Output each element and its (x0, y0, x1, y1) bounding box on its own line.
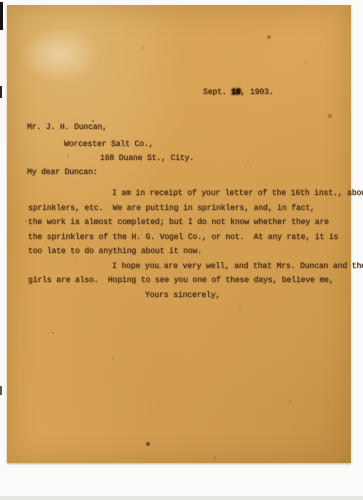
recipient-company: Worcester Salt Co., (64, 140, 153, 149)
recipient-name: Mr. J. H. Duncan, (27, 123, 107, 132)
paper-speckles (7, 5, 9, 7)
body-line: sprinklers, etc. We are putting in sprin… (28, 202, 348, 217)
date-year: , 1903. (241, 88, 274, 97)
letter-closing: Yours sincerely, (28, 289, 348, 304)
date-month: Sept. (203, 88, 231, 97)
paper-smudge (19, 27, 99, 83)
body-line: the sprinklers of the H. G. Vogel Co., o… (28, 231, 348, 246)
letter-date: Sept. 18, 1903. (203, 88, 274, 97)
scan-edge-artifact (0, 86, 2, 98)
letter-body: I am in receipt of your letter of the 16… (28, 187, 348, 303)
letter-paper: Sept. 18, 1903. Mr. J. H. Duncan, Worces… (7, 5, 351, 463)
scan-edge-artifact (0, 386, 2, 395)
scan-edge-artifact (0, 2, 3, 30)
date-day: 18 (231, 88, 240, 97)
body-line: girls are also. Hoping to see you one of… (28, 274, 348, 289)
body-line: I am in receipt of your letter of the 16… (28, 187, 348, 202)
recipient-address: 168 Duane St., City. (100, 154, 194, 163)
body-line: too late to do anything about it now. (28, 245, 348, 260)
body-line: I hope you are very well, and that Mrs. … (28, 260, 348, 275)
scanned-letter-page: Sept. 18, 1903. Mr. J. H. Duncan, Worces… (0, 0, 363, 500)
scanner-edge (0, 496, 363, 500)
letter-salutation: My dear Duncan: (27, 168, 98, 177)
body-line: the work is almost completed; but I do n… (28, 216, 348, 231)
